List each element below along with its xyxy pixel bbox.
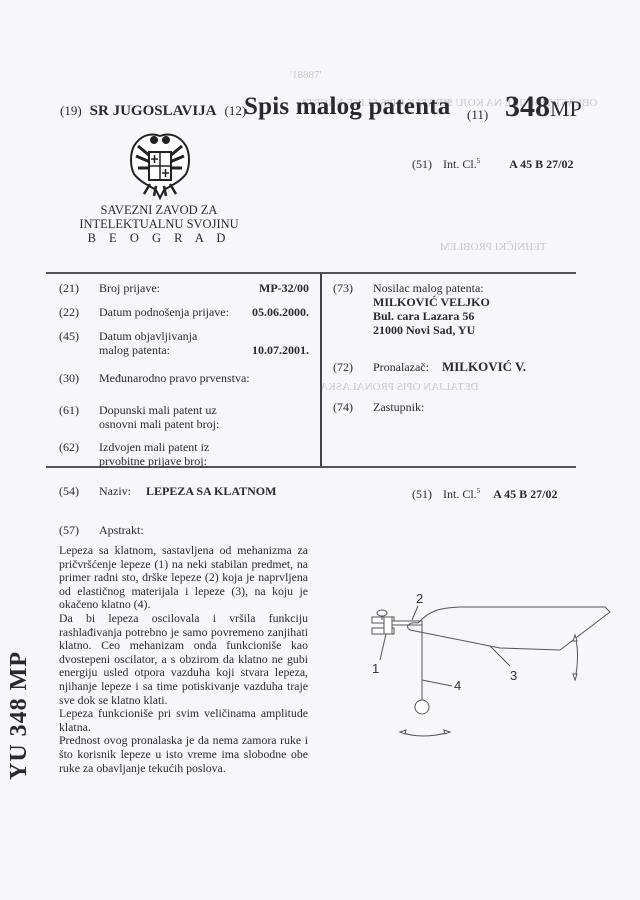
field-publication-date: (45)Datum objavljivanja malog patenta:10… (59, 329, 309, 357)
document-header: (19) SR JUGOSLAVIJA (12) (60, 102, 246, 120)
classification-bottom: (51) Int. Cl.5 A 45 B 27/02 (412, 484, 558, 501)
patent-number: 348MP (505, 90, 582, 124)
classification-top: (51) Int. Cl.5 A 45 B 27/02 (412, 154, 574, 171)
table-top-rule (46, 272, 576, 274)
header-code-19: (19) (60, 103, 82, 118)
field-title: (54)Naziv: LEPEZA SA KLATNOM (59, 484, 276, 498)
figure-label-3: 3 (510, 668, 517, 683)
field-inventor: (72)Pronalazač: MILKOVIĆ V. (333, 360, 526, 374)
column-divider (320, 273, 322, 467)
figure-label-2: 2 (416, 591, 423, 606)
figure-label-4: 4 (454, 678, 461, 693)
document-type-title: Spis malog patenta (244, 93, 450, 121)
bleed-through-mark: '18887' (290, 68, 321, 82)
bleed-through-heading: DETALJAN OPIS PRONALASKA (320, 380, 479, 394)
invention-title: LEPEZA SA KLATNOM (146, 484, 276, 498)
patent-document-page: '18887' KRATAK OPIS SLIKE NACRTA OBLAST … (0, 0, 640, 900)
field-holder: (73)Nosilac malog patenta: MILKOVIĆ VELJ… (333, 281, 490, 337)
field-priority: (30)Međunarodno pravo prvenstva: (59, 371, 309, 385)
abstract-heading: (57)Apstrakt: (59, 523, 144, 537)
header-code-11: (11) (467, 107, 488, 123)
country-name: SR JUGOSLAVIJA (90, 103, 217, 119)
field-agent: (74)Zastupnik: (333, 400, 424, 414)
header-code-12: (12) (225, 103, 247, 118)
invention-drawing: 1 2 3 4 (360, 590, 620, 770)
side-document-id: YU 348 MP (6, 651, 33, 780)
field-divisional: (62)Izdvojen mali patent iz prvobitne pr… (59, 440, 309, 468)
patent-office-name: SAVEZNI ZAVOD ZA INTELEKTUALNU SVOJINU B… (74, 203, 244, 245)
field-application-number: (21)Broj prijave: MP-32/00 (59, 281, 309, 295)
abstract-text: Lepeza sa klatnom, sastavljena od mehani… (59, 544, 308, 775)
field-supplementary: (61)Dopunski mali patent uz osnovni mali… (59, 403, 309, 431)
bleed-through-heading: TEHNIČKI PROBLEM (440, 240, 547, 254)
coat-of-arms-icon (120, 124, 200, 204)
field-filing-date: (22)Datum podnošenja prijave: 05.06.2000… (59, 305, 309, 319)
figure-label-1: 1 (372, 661, 379, 676)
